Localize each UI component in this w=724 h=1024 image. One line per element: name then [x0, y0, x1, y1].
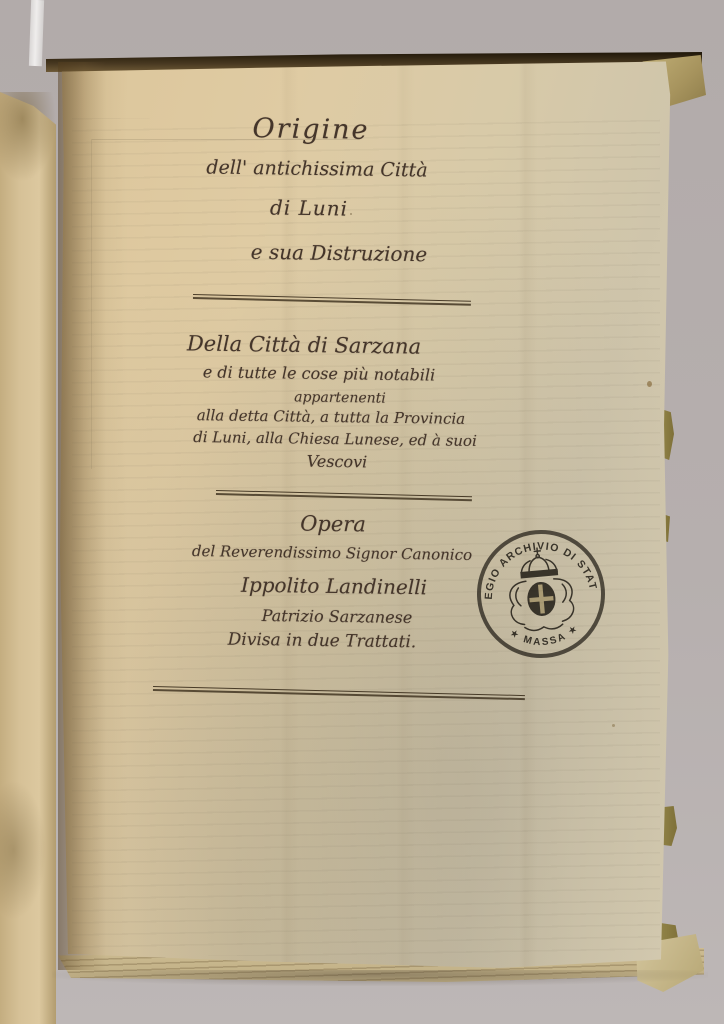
title-line: e sua Distruzione	[251, 240, 428, 266]
title-line: Origine	[252, 113, 369, 146]
left-block-stain-top	[0, 92, 56, 182]
subject-line: e di tutte le cose più notabili	[203, 362, 436, 384]
subject-line: alla detta Città, a tutta la Provincia	[197, 406, 466, 428]
left-block-stain-bottom	[0, 780, 46, 920]
foxing-spot	[612, 724, 615, 727]
archive-stamp: REGIO ARCHIVIO DI STATO ★ MASSA ★	[467, 520, 614, 667]
impression-line	[91, 139, 92, 469]
book-shadow	[52, 970, 708, 986]
manuscript-photo: Origine dell' antichissima Città di Luni…	[0, 0, 724, 1024]
author-line: Opera	[300, 512, 366, 537]
subject-line: Della Città di Sarzana	[187, 331, 421, 358]
title-line: di Luni	[270, 195, 348, 220]
book-support-strip-top	[29, 0, 44, 66]
subject-line: appartenenti	[294, 389, 386, 406]
title-line: dell' antichissima Città	[206, 156, 428, 181]
author-line: Divisa in due Trattati.	[228, 630, 417, 653]
foxing-spot	[350, 213, 352, 215]
foxing-spot	[647, 381, 652, 387]
subject-line: Vescovi	[307, 452, 368, 472]
author-line: Patrizio Sarzanese	[262, 606, 413, 627]
author-line: Ippolito Landinelli	[241, 573, 427, 600]
